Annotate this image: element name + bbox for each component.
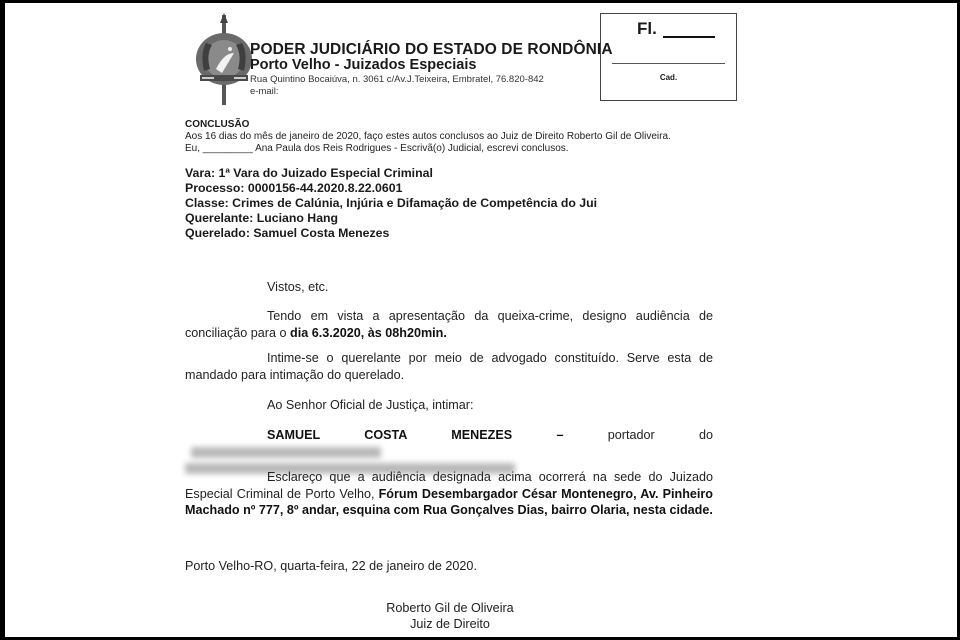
folio-box: Fl. Cad. [600, 13, 737, 101]
cad-label: Cad. [601, 73, 736, 82]
hearing-date: dia 6.3.2020, às 08h20min. [290, 326, 447, 340]
paragraph-officer: Ao Senhor Oficial de Justiça, intimar: [267, 398, 474, 412]
paragraph-hearing: Tendo em vista a apresentação da queixa-… [185, 308, 713, 341]
signature-name: Roberto Gil de Oliveira [5, 601, 895, 615]
defendant-text: portador do [563, 428, 713, 442]
folio-label: Fl. [637, 19, 657, 39]
paragraph-hearing-text: Tendo em vista a apresentação da queixa-… [185, 309, 713, 340]
conclusion-line-1: Aos 16 dias do mês de janeiro de 2020, f… [185, 131, 671, 142]
greeting: Vistos, etc. [267, 280, 328, 294]
conclusion-title: CONCLUSÃO [185, 119, 249, 130]
signature-title: Juiz de Direito [5, 617, 895, 631]
paragraph-summons-text: Intime-se o querelante por meio de advog… [185, 351, 713, 382]
redacted-document-number [191, 447, 381, 458]
folio-number-line [663, 36, 715, 38]
defendant-name: SAMUEL COSTA MENEZES – [267, 428, 563, 442]
paragraph-venue: Esclareço que a audiência designada acim… [185, 469, 713, 519]
case-processo: Processo: 0000156-44.2020.8.22.0601 [185, 181, 402, 195]
document-page: PODER JUDICIÁRIO DO ESTADO DE RONDÔNIA P… [5, 3, 957, 637]
paragraph-summons: Intime-se o querelante por meio de advog… [185, 350, 713, 383]
case-querelado: Querelado: Samuel Costa Menezes [185, 226, 389, 240]
place-date: Porto Velho-RO, quarta-feira, 22 de jane… [185, 559, 477, 573]
case-querelante: Querelante: Luciano Hang [185, 211, 338, 225]
rondonia-coat-of-arms-icon [192, 13, 256, 107]
org-subtitle: Porto Velho - Juizados Especiais [250, 57, 476, 73]
conclusion-line-2: Eu, _________ Ana Paula dos Reis Rodrigu… [185, 143, 569, 154]
org-address: Rua Quintino Bocaiúva, n. 3061 c/Av.J.Te… [250, 74, 544, 85]
case-classe: Classe: Crimes de Calúnia, Injúria e Dif… [185, 196, 597, 210]
folio-signature-line [612, 63, 725, 64]
org-email: e-mail: [250, 86, 279, 97]
case-vara: Vara: 1ª Vara do Juizado Especial Crimin… [185, 166, 433, 180]
